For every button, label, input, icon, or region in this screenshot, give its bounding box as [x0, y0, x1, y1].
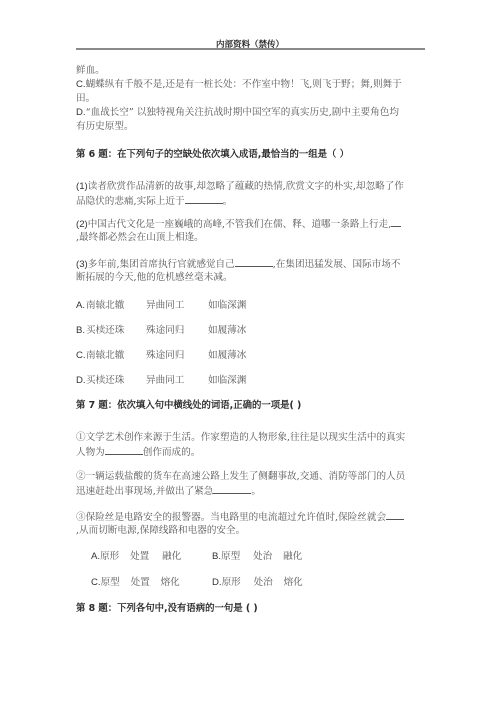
option-label: D.: [76, 107, 86, 118]
option-d-text: D.“血战长空” 以独特视角关注抗战时期中国空军的真实历史,剧中主要角色均: [76, 106, 426, 120]
option-c-text-cont: 田。: [76, 92, 426, 106]
q7-sentence-1-cont: 人物为创作而成的。: [76, 445, 426, 460]
answer-blank: [105, 445, 143, 455]
answer-blank: [185, 194, 223, 204]
q6-sentence-1-cont: 品隐伏的悲痛,实际上近于。: [76, 194, 426, 209]
q7-sentence-3-cont: ,从而切断电源,保障线路和电器的安全。: [76, 524, 426, 538]
q6-option-a: A.南辕北辙异曲同工如临深渊: [76, 297, 246, 311]
q6-sentence-3: (3)多年前,集团首席执行官就感觉自己,在集团迅猛发展、国际市场不: [76, 257, 426, 272]
question-7-title: 第 7 题：依次填入句中横线处的词语,正确的一项是( ): [76, 397, 301, 411]
q7-sentence-2: ②一辆运载盐酸的货车在高速公路上发生了侧翻事故,交通、消防等部门的人员: [76, 470, 426, 484]
q7-sentence-2-cont: 迅速赶赴出事现场,并做出了紧急。: [76, 484, 426, 499]
question-8-title: 第 8 题：下列各句中,没有语病的一句是 ( ): [76, 600, 258, 614]
q7-option-c: C.原型处置熔化: [91, 574, 180, 588]
answer-blank: [391, 217, 401, 227]
q6-sentence-1: (1)读者欣赏作品清新的故事,却忽略了蕴藏的热情,欣赏文字的朴实,却忽略了作: [76, 180, 426, 194]
q7-sentence-1: ①文学艺术创作来源于生活。作家塑造的人物形象,往往是以现实生活中的真实: [76, 431, 426, 445]
header-divider: [76, 48, 425, 50]
q6-sentence-2-cont: ,最终都必然会在山顶上相逢。: [76, 231, 426, 245]
continuation-text: 鲜血。: [76, 64, 426, 78]
question-6-title: 第 6 题：在下列句子的空缺处依次填入成语,最恰当的一组是（ ）: [76, 146, 349, 160]
answer-blank: [213, 484, 251, 494]
option-label: C.: [76, 79, 86, 90]
q6-sentence-2: (2)中国古代文化是一座巍峨的高峰,不管我们在儒、释、道哪一条路上行走,: [76, 217, 426, 232]
q7-option-b: B.原型处治融化: [212, 548, 302, 562]
q6-option-d: D.买椟还珠异曲同工如临深渊: [76, 372, 246, 386]
answer-blank: [235, 257, 273, 267]
document-page: 内部资料（禁传） 鲜血。 C.蝴蝶纵有千般不是,还是有一桩长处：不作室中物！飞,…: [0, 0, 500, 707]
option-d-text-cont: 有历史原型。: [76, 120, 426, 134]
q6-sentence-3-cont: 断拓展的今天,他的危机感丝毫未减。: [76, 271, 426, 285]
q7-sentence-3: ③保险丝是电路安全的报警器。当电路里的电流超过允许值时,保险丝就会: [76, 510, 426, 525]
q6-option-b: B.买椟还珠殊途同归如履薄冰: [76, 322, 246, 336]
q7-option-d: D.原形处治熔化: [212, 574, 303, 588]
q6-option-c: C.南辕北辙殊途同归如履薄冰: [76, 347, 246, 361]
option-c-text: C.蝴蝶纵有千般不是,还是有一桩长处：不作室中物！飞,则飞于野；舞,则舞于: [76, 78, 426, 92]
answer-blank: [386, 510, 404, 520]
q7-option-a: A.原形处置融化: [91, 548, 181, 562]
